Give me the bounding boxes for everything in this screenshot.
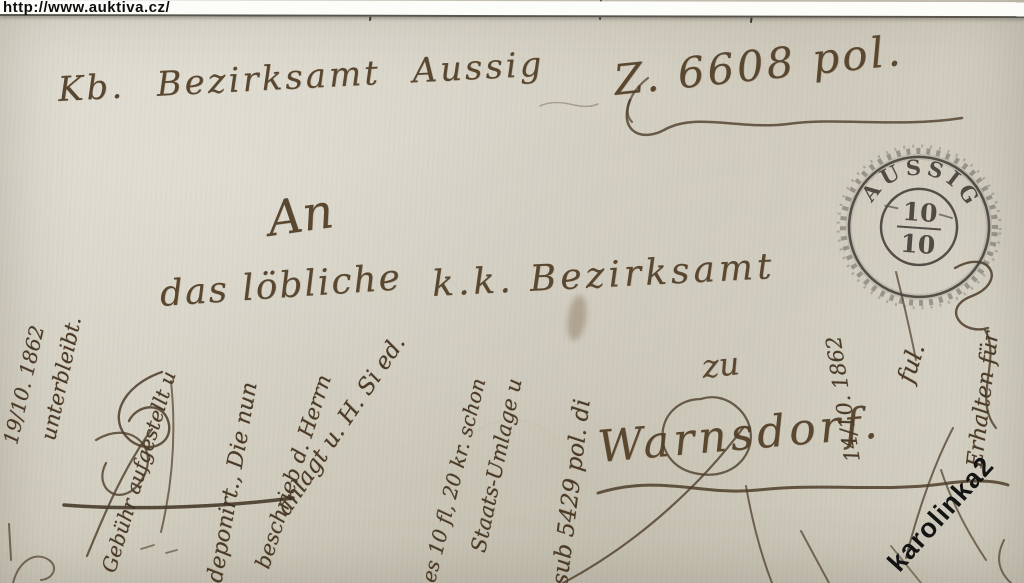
postmark-month: 10 bbox=[899, 229, 936, 260]
postmark-aussig: AUSSIG 10 10 bbox=[819, 134, 1021, 322]
docket-file-number: Z. 6608 pol. bbox=[611, 26, 905, 105]
address-preposition: zu bbox=[700, 344, 741, 386]
annotation-right-short-note: ful. bbox=[892, 340, 931, 386]
pen-slash-2 bbox=[746, 486, 772, 583]
ink-stain bbox=[565, 294, 589, 342]
seller-watermark: karolinka2 bbox=[881, 450, 1000, 577]
corner-stroke-2 bbox=[13, 557, 54, 583]
annotation-right-note: Erhalten für bbox=[963, 330, 1004, 469]
annotation-vert-note-3: sub 5429 pol. di bbox=[547, 398, 596, 583]
postmark-day: 10 bbox=[902, 197, 939, 228]
tick-mark-2 bbox=[166, 550, 177, 553]
corner-stroke-1 bbox=[9, 524, 11, 560]
pen-slash-7 bbox=[999, 540, 1011, 583]
address-recipient-office: k.k. Bezirksamt bbox=[431, 246, 776, 305]
flourish-underline-docket bbox=[627, 100, 962, 135]
dark-underline-left bbox=[64, 498, 293, 508]
annotation-left-diag-note: Gebühr aufgestellt u bbox=[97, 368, 181, 575]
annotation-diag-note-3: anlagt u. H. Si ed. bbox=[271, 331, 411, 521]
docket-office-line: Kb. Bezirksamt Aussig bbox=[57, 45, 545, 110]
tick-mark-1 bbox=[141, 545, 154, 549]
postmark-right-dash bbox=[939, 214, 953, 218]
pen-slash-3 bbox=[801, 531, 829, 583]
letter-scan: Kb. Bezirksamt Aussig Z. 6608 pol. An da… bbox=[0, 0, 1024, 583]
address-recipient-prefix: das löbliche bbox=[159, 257, 404, 315]
faint-squiggle bbox=[540, 103, 598, 107]
address-salutation: An bbox=[264, 183, 337, 248]
auction-url-watermark: http://www.auktiva.cz/ bbox=[3, 0, 170, 16]
